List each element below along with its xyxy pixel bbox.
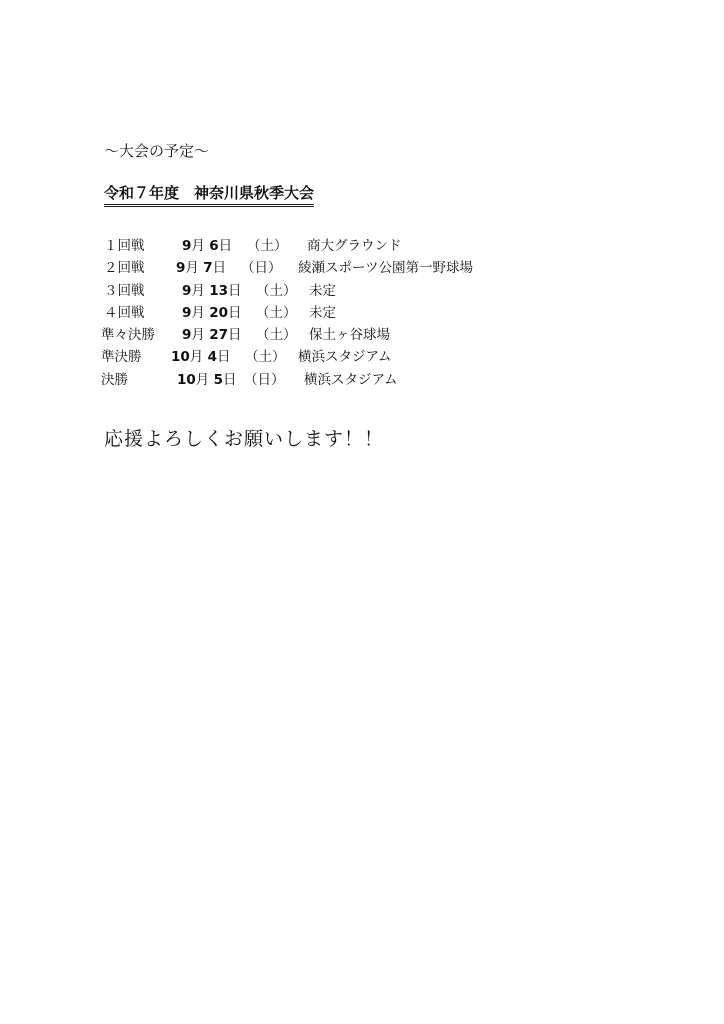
match-date: 9月 27日 bbox=[182, 325, 242, 345]
day-unit: 日 bbox=[223, 372, 237, 388]
round-label: 準決勝 bbox=[101, 347, 142, 367]
match-date: 10月 5日 bbox=[177, 370, 237, 390]
day-unit: 日 bbox=[213, 260, 227, 276]
match-date: 10月 4日 bbox=[171, 347, 231, 367]
month: 9 bbox=[182, 327, 191, 343]
day: 4 bbox=[208, 349, 217, 365]
month: 10 bbox=[171, 349, 190, 365]
month-unit: 月 bbox=[191, 283, 205, 299]
day: 5 bbox=[214, 372, 223, 388]
month-unit: 月 bbox=[185, 260, 199, 276]
round-label: 準々決勝 bbox=[101, 325, 155, 345]
venue: 未定 bbox=[309, 303, 336, 323]
document-title: 令和７年度 神奈川県秋季大会 bbox=[104, 184, 314, 207]
day: 7 bbox=[203, 260, 212, 276]
venue: 商大グラウンド bbox=[307, 236, 402, 256]
match-date: 9月 7日 bbox=[176, 258, 226, 278]
day-unit: 日 bbox=[228, 305, 242, 321]
venue: 未定 bbox=[309, 281, 336, 301]
day: 13 bbox=[209, 283, 228, 299]
month-unit: 月 bbox=[191, 305, 205, 321]
month: 9 bbox=[182, 238, 191, 254]
month: 9 bbox=[182, 283, 191, 299]
weekday: （土） bbox=[256, 303, 297, 323]
match-date: 9月 20日 bbox=[182, 303, 242, 323]
weekday: （日） bbox=[244, 370, 285, 390]
day-unit: 日 bbox=[228, 327, 242, 343]
day-unit: 日 bbox=[219, 238, 233, 254]
month: 10 bbox=[177, 372, 196, 388]
day-unit: 日 bbox=[228, 283, 242, 299]
round-label: １回戦 bbox=[104, 236, 145, 256]
month-unit: 月 bbox=[196, 372, 210, 388]
match-date: 9月 13日 bbox=[182, 281, 242, 301]
round-label: ２回戦 bbox=[104, 258, 145, 278]
document-page: ～大会の予定～ 令和７年度 神奈川県秋季大会 １回戦 9月 6日 （土） 商大グ… bbox=[0, 0, 724, 1024]
weekday: （土） bbox=[247, 236, 288, 256]
month-unit: 月 bbox=[191, 327, 205, 343]
weekday: （日） bbox=[241, 258, 282, 278]
weekday: （土） bbox=[256, 281, 297, 301]
venue: 横浜スタジアム bbox=[298, 347, 392, 367]
round-label: 決勝 bbox=[101, 370, 128, 390]
venue: 綾瀬スポーツ公園第一野球場 bbox=[298, 258, 473, 278]
month-unit: 月 bbox=[191, 238, 205, 254]
day: 20 bbox=[209, 305, 228, 321]
day: 27 bbox=[209, 327, 228, 343]
round-label: ３回戦 bbox=[104, 281, 145, 301]
month: 9 bbox=[182, 305, 191, 321]
month-unit: 月 bbox=[190, 349, 204, 365]
venue: 保土ヶ谷球場 bbox=[309, 325, 390, 345]
day: 6 bbox=[209, 238, 218, 254]
match-date: 9月 6日 bbox=[182, 236, 232, 256]
month: 9 bbox=[176, 260, 185, 276]
round-label: ４回戦 bbox=[104, 303, 145, 323]
weekday: （土） bbox=[245, 347, 286, 367]
document-subtitle: ～大会の予定～ bbox=[104, 140, 209, 161]
venue: 横浜スタジアム bbox=[304, 370, 398, 390]
closing-message: 応援よろしくお願いします！！ bbox=[104, 424, 384, 451]
weekday: （土） bbox=[256, 325, 297, 345]
day-unit: 日 bbox=[217, 349, 231, 365]
